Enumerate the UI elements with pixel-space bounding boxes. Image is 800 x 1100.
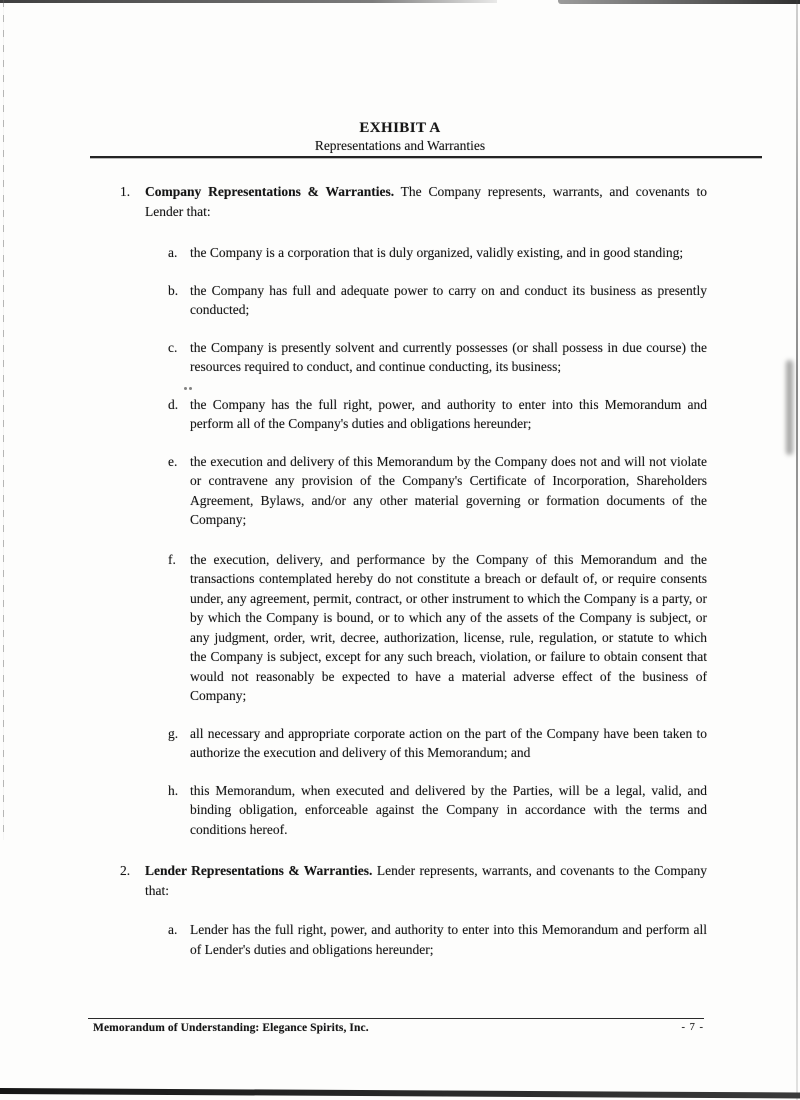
list-item-b: b. the Company has full and adequate pow… [168,281,707,320]
item-letter: h. [168,781,190,840]
item-text: Lender has the full right, power, and au… [190,920,707,959]
section-heading: Lender Representations & Warranties. [145,863,372,878]
list-item-d: d. the Company has the full right, power… [168,395,707,434]
item-letter: c. [168,338,190,377]
lender-reps-list: a. Lender has the full right, power, and… [168,920,707,959]
item-letter: f. [168,550,190,706]
list-item-a: a. the Company is a corporation that is … [168,243,707,263]
list-item-h: h. this Memorandum, when executed and de… [168,781,707,840]
section-number: 1. [120,182,145,221]
exhibit-title: EXHIBIT A [93,119,707,137]
item-text: the Company has the full right, power, a… [190,395,707,434]
list-item-e: e. the execution and delivery of this Me… [168,452,707,530]
document-content: EXHIBIT A Representations and Warranties… [93,0,707,977]
list-item-a: a. Lender has the full right, power, and… [168,920,707,959]
section-paragraph: Company Representations & Warranties. Th… [145,182,707,221]
section-number: 2. [120,861,145,900]
item-text: this Memorandum, when executed and deliv… [190,781,707,840]
section-paragraph: Lender Representations & Warranties. Len… [145,861,707,900]
item-text: the Company has full and adequate power … [190,281,707,320]
page-number: - 7 - [682,1022,705,1033]
item-text: all necessary and appropriate corporate … [190,724,707,763]
item-letter: b. [168,281,190,320]
item-text: the Company is a corporation that is dul… [190,243,707,263]
item-letter: e. [168,452,190,530]
section-heading: Company Representations & Warranties. [145,184,394,199]
footer: Memorandum of Understanding: Elegance Sp… [93,1022,704,1034]
item-text: the execution and delivery of this Memor… [190,452,707,530]
item-letter: a. [168,920,190,959]
title-block: EXHIBIT A Representations and Warranties [93,119,707,154]
section-lender-reps: 2. Lender Representations & Warranties. … [120,861,707,900]
item-letter: a. [168,243,190,263]
item-letter: g. [168,724,190,763]
section-company-reps: 1. Company Representations & Warranties.… [120,182,707,221]
item-text: the execution, delivery, and performance… [190,550,707,706]
exhibit-subtitle: Representations and Warranties [93,137,707,154]
list-item-g: g. all necessary and appropriate corpora… [168,724,707,763]
footer-document-title: Memorandum of Understanding: Elegance Sp… [93,1022,369,1034]
item-letter: d. [168,395,190,434]
scan-artifact-right-edge [796,0,798,1100]
footer-rule [88,1018,704,1019]
item-text: the Company is presently solvent and cur… [190,338,707,377]
list-item-c: c. the Company is presently solvent and … [168,338,707,377]
scanned-document-page: EXHIBIT A Representations and Warranties… [0,0,800,1100]
document-body: 1. Company Representations & Warranties.… [93,182,707,959]
scan-artifact-left-edge [3,0,4,840]
list-item-f: f. the execution, delivery, and performa… [168,550,707,706]
scan-artifact-bottom-edge [0,1088,800,1099]
scan-artifact-right-smudge [786,360,793,455]
company-reps-list: a. the Company is a corporation that is … [168,243,707,839]
